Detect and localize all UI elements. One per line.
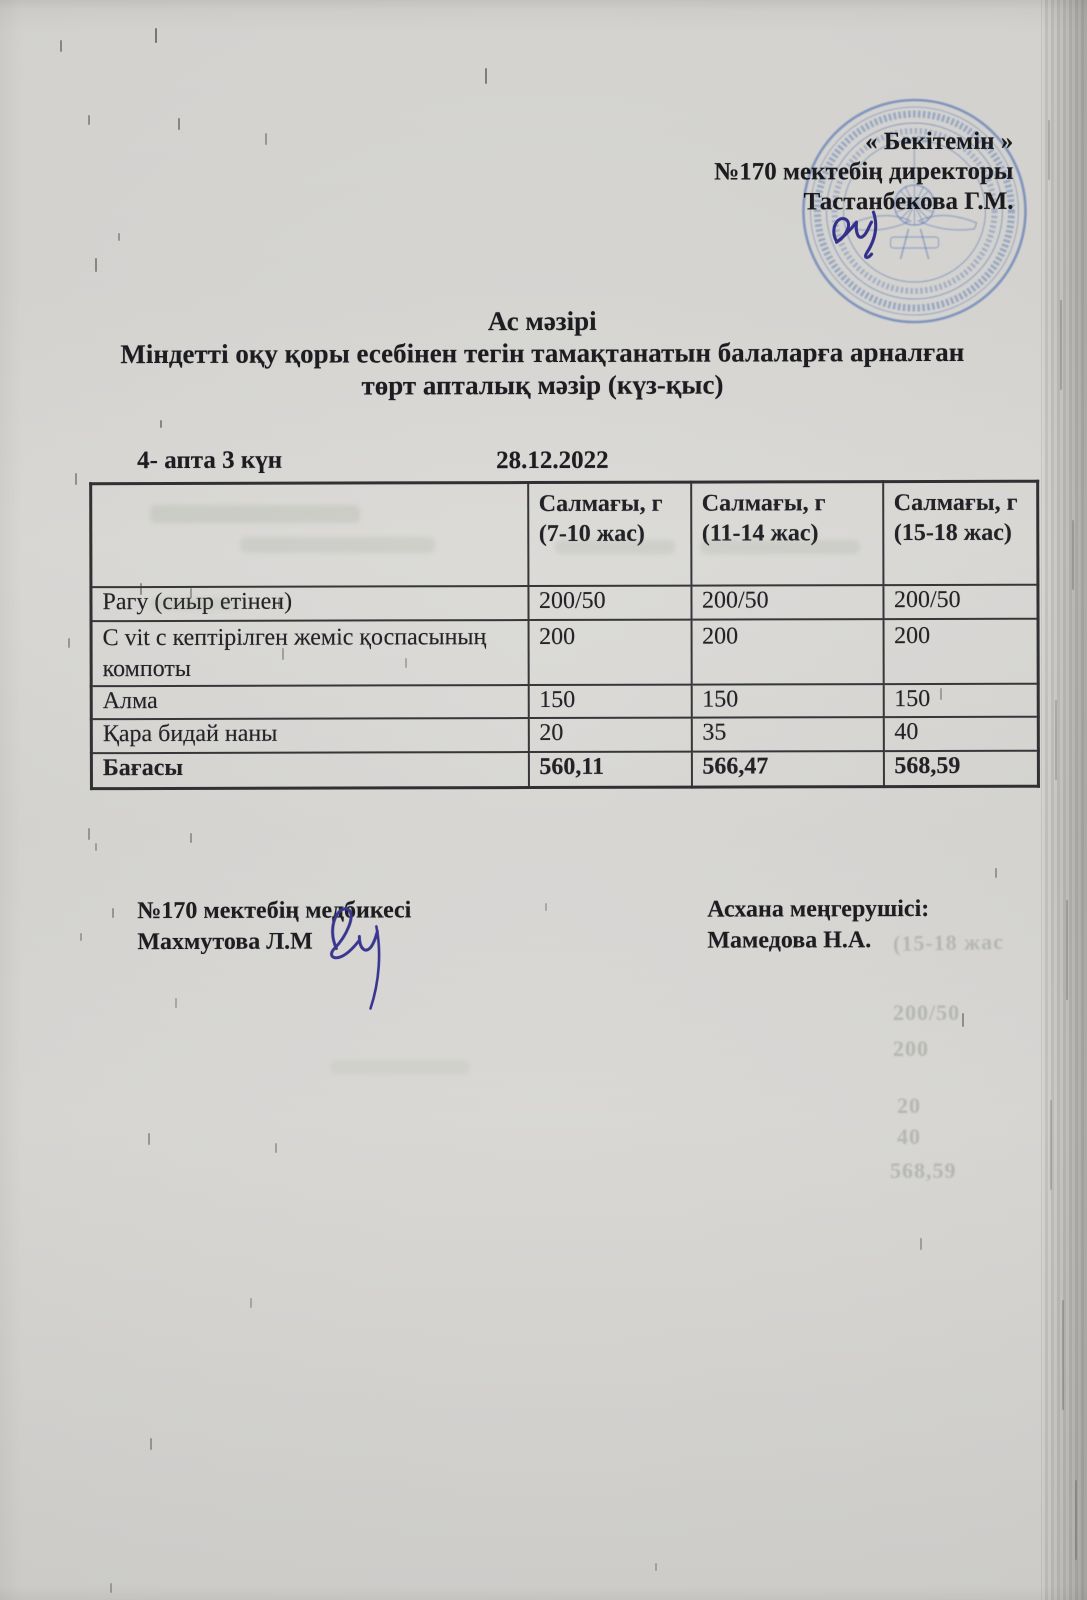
value-cell: 568,59 <box>883 751 1038 787</box>
nurse-handwritten-signature <box>318 896 402 1021</box>
col-header-15-18: Салмағы, г (15-18 жас) <box>883 481 1038 585</box>
table-row-total: Бағасы 560,11 566,47 568,59 <box>91 751 1038 789</box>
value-cell: 200/50 <box>883 585 1038 619</box>
col-header-11-14: Салмағы, г (11-14 жас) <box>691 482 883 586</box>
bleedthrough-text: 568,59 <box>890 1158 957 1184</box>
value-cell: 560,11 <box>528 752 691 788</box>
document-content: « Бекітемін » №170 мектебің директоры Та… <box>0 0 1087 1600</box>
value-cell: 200/50 <box>528 586 691 620</box>
table-cell-empty <box>91 483 528 588</box>
dish-cell: Алма <box>91 685 528 719</box>
bleedthrough-text: (15-18 жас <box>893 929 1004 957</box>
col-header-line: (15-18 жас) <box>894 518 1031 548</box>
value-cell: 200 <box>528 620 691 685</box>
value-cell: 150 <box>528 685 691 718</box>
table-header-row: Салмағы, г (7-10 жас) Салмағы, г (11-14 … <box>91 481 1038 587</box>
director-signature <box>826 205 904 267</box>
dish-cell: Қара бидай наны <box>91 718 528 753</box>
table-row: Қара бидай наны 20 35 40 <box>91 717 1038 753</box>
bleedthrough-text: 20 <box>897 1093 921 1119</box>
value-cell: 566,47 <box>691 751 883 787</box>
table-row: Алма 150 150 150 <box>91 684 1038 719</box>
manager-role: Асхана меңгерушісі: <box>707 894 929 926</box>
dish-cell: Рагу (сиыр етінен) <box>91 586 528 621</box>
bleedthrough-text: 200 <box>893 1036 929 1062</box>
value-cell: 20 <box>528 718 691 752</box>
col-header-line: (11-14 жас) <box>702 518 876 548</box>
value-cell: 200/50 <box>691 585 883 620</box>
bleedthrough-text: 40 <box>897 1124 921 1150</box>
col-header-line: Салмағы, г <box>539 489 684 519</box>
dish-cell: Бағасы <box>91 752 528 789</box>
value-cell: 150 <box>691 684 883 718</box>
value-cell: 150 <box>883 684 1038 717</box>
date-label: 28.12.2022 <box>496 447 609 475</box>
table-row: С vit с кептірілген жеміс қоспасының ком… <box>91 619 1038 686</box>
value-cell: 200 <box>883 619 1038 684</box>
col-header-7-10: Салмағы, г (7-10 жас) <box>528 482 691 586</box>
col-header-line: Салмағы, г <box>894 488 1031 518</box>
stamp-number-text: №170 <box>902 135 927 146</box>
value-cell: 200 <box>691 619 883 685</box>
title-line3: төрт апталық мәзір (күз-қыс) <box>0 368 1086 403</box>
bleedthrough-text: 200/50 <box>893 1000 960 1026</box>
col-header-line: (7-10 жас) <box>539 519 684 549</box>
week-day-label: 4- апта 3 күн <box>137 447 282 475</box>
title-line2: Міндетті оқу қоры есебінен тегін тамақта… <box>0 336 1086 371</box>
value-cell: 35 <box>691 717 883 752</box>
menu-table: Салмағы, г (7-10 жас) Салмағы, г (11-14 … <box>89 480 1040 790</box>
col-header-line: Салмағы, г <box>702 488 876 518</box>
table-row: Рагу (сиыр етінен) 200/50 200/50 200/50 <box>91 585 1038 621</box>
scanned-menu-document: (15-18 жас 200/50 200 20 40 568,59 « Бек… <box>0 0 1087 1600</box>
dish-cell: С vit с кептірілген жеміс қоспасының ком… <box>91 620 528 686</box>
value-cell: 40 <box>883 717 1038 751</box>
